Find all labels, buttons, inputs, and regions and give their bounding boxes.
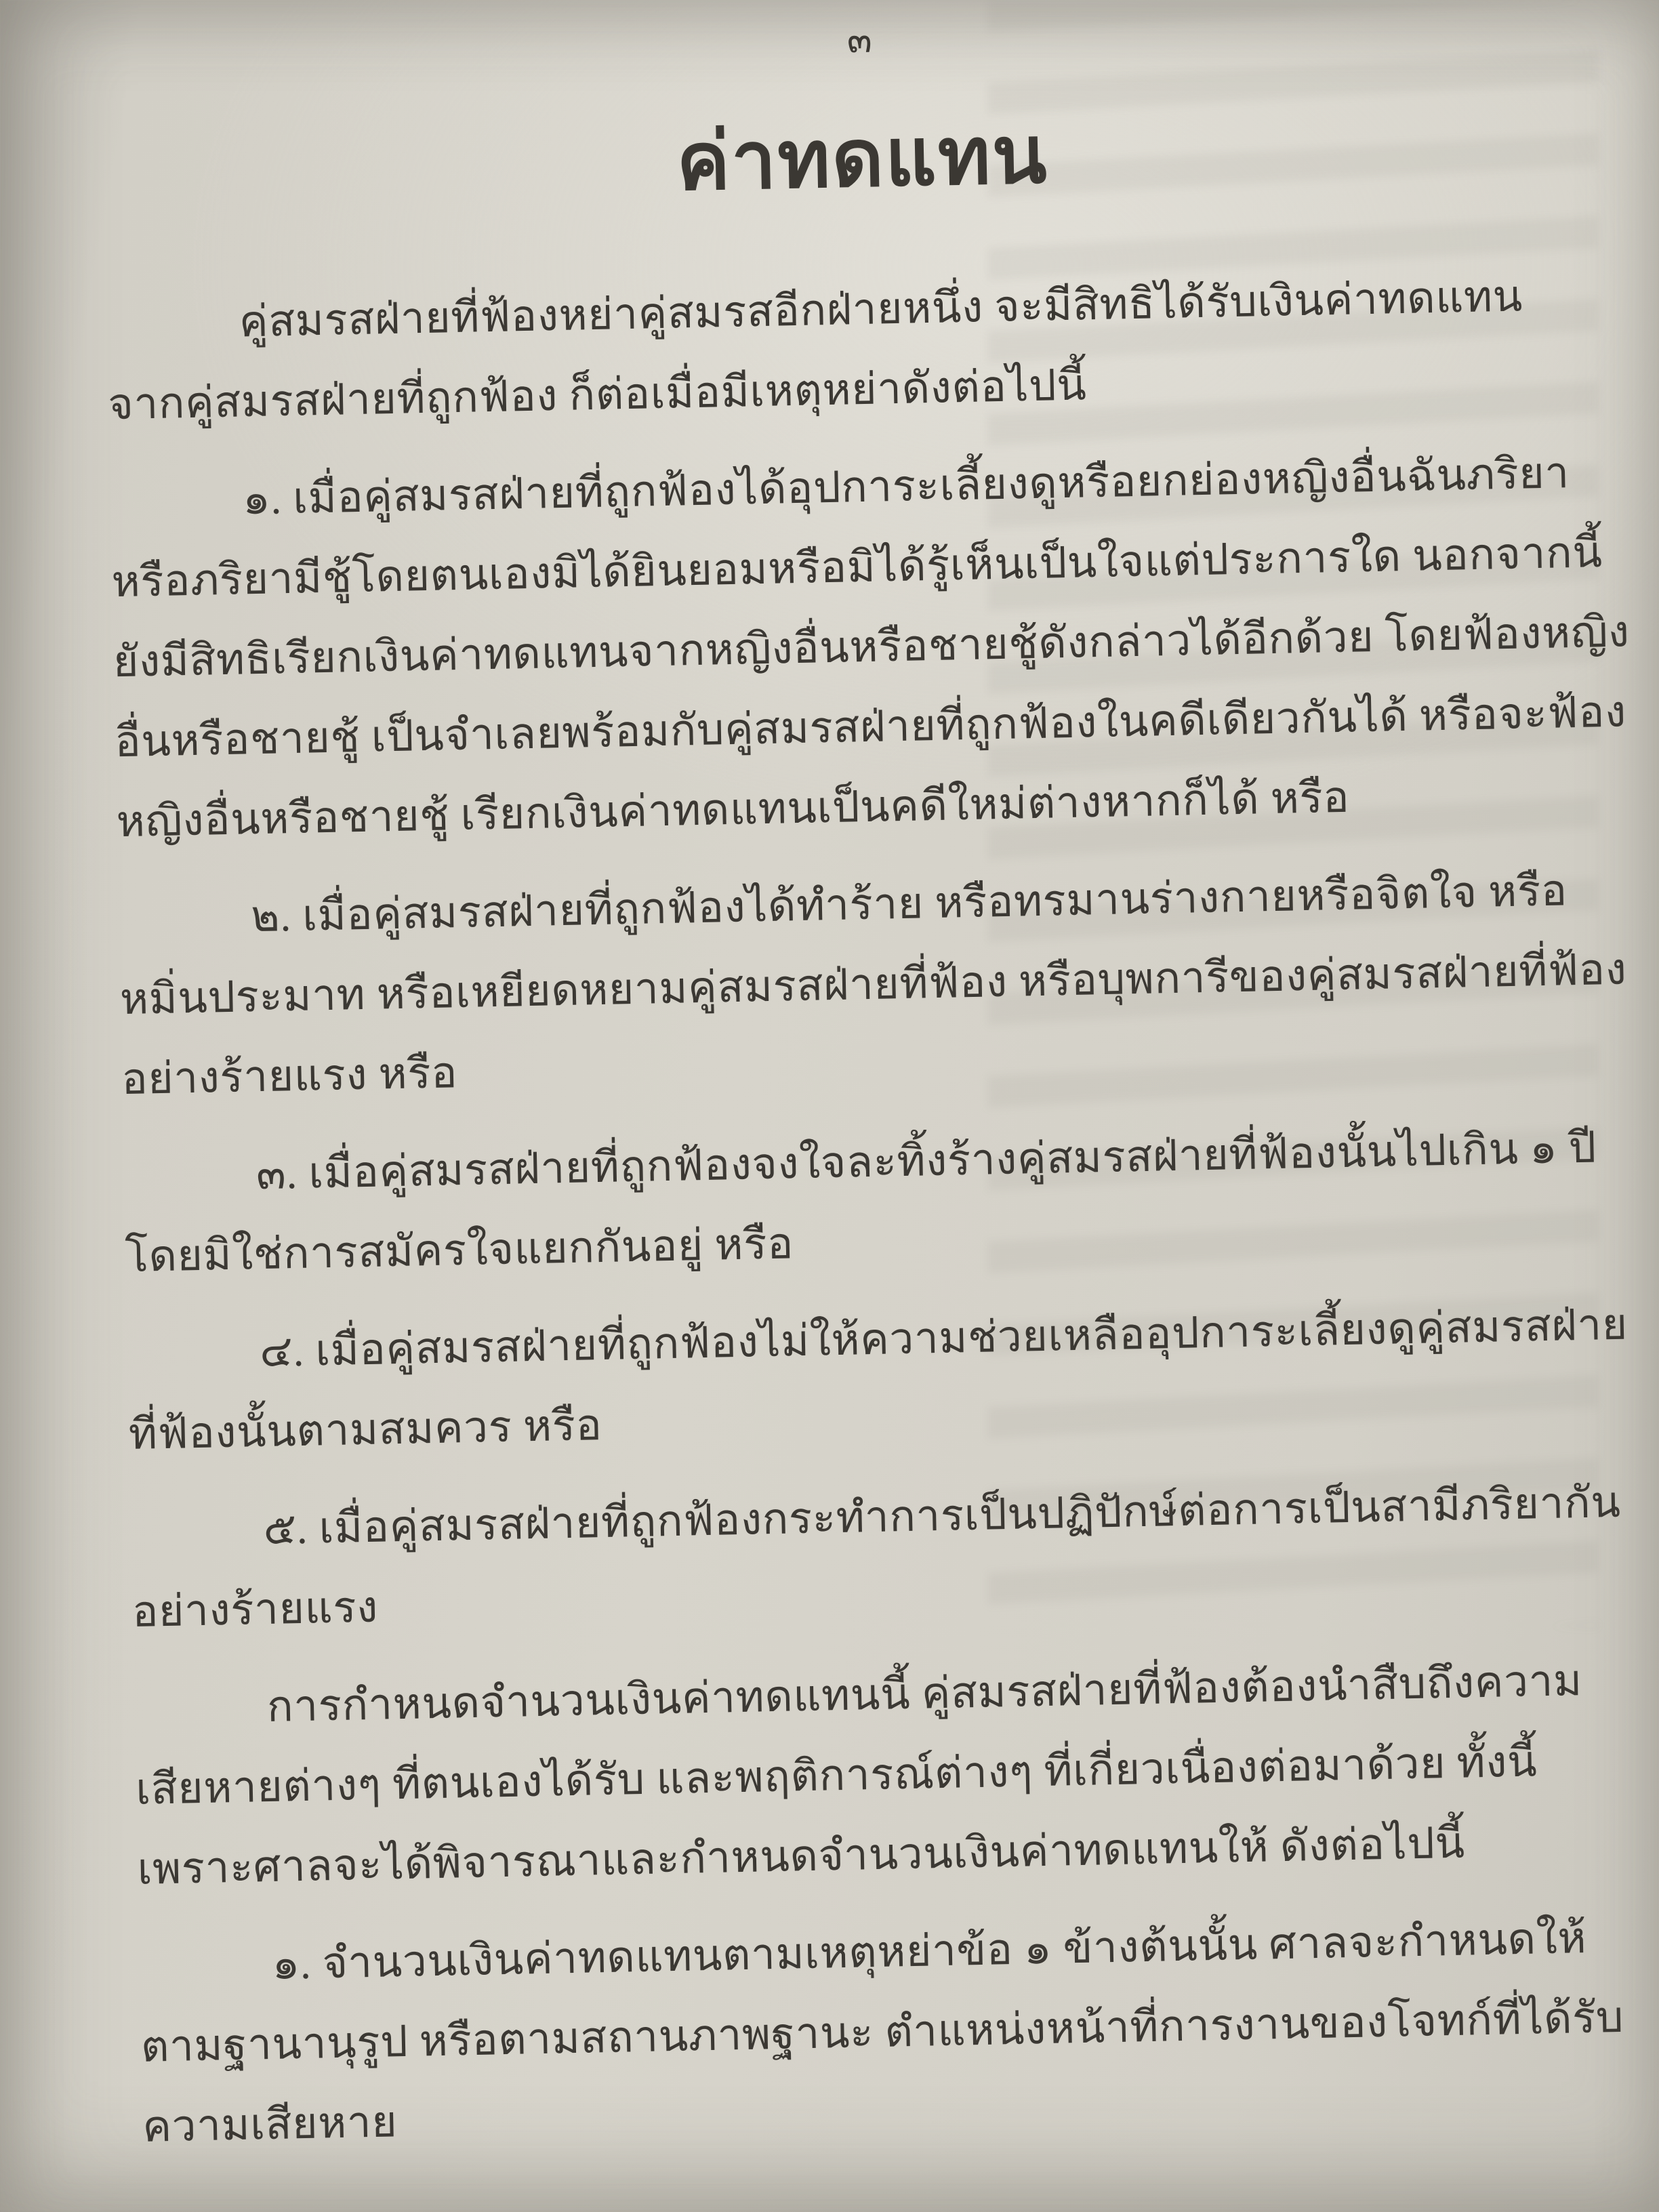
assessment-paragraph: การกำหนดจำนวนเงินค่าทดแทนนี้ คู่สมรสฝ่าย… — [133, 1622, 1656, 1910]
page-body: ๓ ค่าทดแทน คู่สมรสฝ่ายที่ฟ้องหย่าคู่สมรส… — [100, 1, 1659, 2167]
ground-2-clause: ๒. เมื่อคู่สมรสฝ่ายที่ถูกฟ้องได้ทำร้าย ห… — [117, 832, 1640, 1120]
ground-3-clause: ๓. เมื่อคู่สมรสฝ่ายที่ถูกฟ้องจงใจละทิ้งร… — [122, 1089, 1643, 1297]
page-content: คู่สมรสฝ่ายที่ฟ้องหย่าคู่สมรสอีกฝ่ายหนึ่… — [106, 254, 1659, 2167]
ground-1-clause: ๑. เมื่อคู่สมรสฝ่ายที่ถูกฟ้องได้อุปการะเ… — [108, 414, 1635, 862]
ground-5-clause: ๕. เมื่อคู่สมรสฝ่ายที่ถูกฟ้องกระทำการเป็… — [129, 1444, 1651, 1652]
intro-paragraph: คู่สมรสฝ่ายที่ฟ้องหย่าคู่สมรสอีกฝ่ายหนึ่… — [106, 254, 1626, 445]
ground-4-clause: ๔. เมื่อคู่สมรสฝ่ายที่ถูกฟ้องไม่ให้ความช… — [126, 1267, 1647, 1475]
chapter-title: ค่าทดแทน — [102, 93, 1622, 225]
book-page-photo: ๓ ค่าทดแทน คู่สมรสฝ่ายที่ฟ้องหย่าคู่สมรส… — [0, 0, 1659, 2212]
award-rule-1-clause: ๑. จำนวนเงินค่าทดแทนตามเหตุหย่าข้อ ๑ ข้า… — [138, 1879, 1659, 2167]
page-number: ๓ — [100, 1, 1619, 79]
